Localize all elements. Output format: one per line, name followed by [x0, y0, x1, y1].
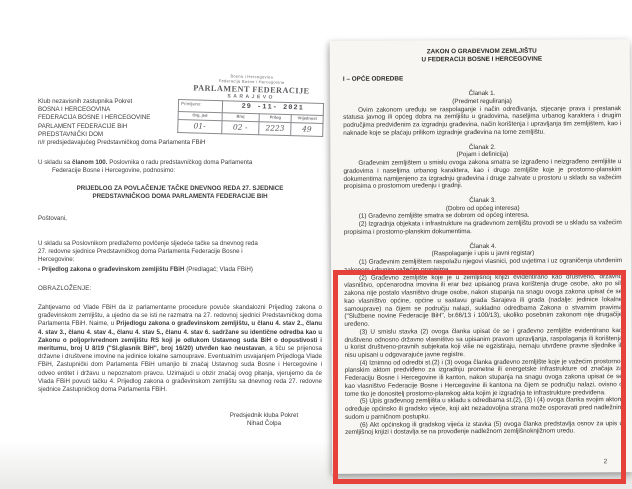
article-1-paragraph: Ovim zakonom uređuju se raspolaganje i n…	[343, 105, 621, 138]
article-2: Članak 2. (Pojam i definicija) Građevnim…	[343, 143, 621, 191]
stamp-value-prilog: 2223	[259, 121, 291, 135]
request-paragraph: U skladu sa Poslovnikom predlažemo povlč…	[38, 240, 268, 265]
law-title: ZAKON O GRAĐEVNOM ZEMLJIŠTU U FEDERACIJI…	[343, 47, 621, 65]
stamp-value-vrijednost: 49	[291, 122, 323, 136]
bullet-rest: (Predlagač; Vlada FBiH)	[184, 266, 252, 273]
intro-line2: Federacije Bosne i Hercegovine, podnosim…	[38, 167, 322, 175]
rationale-label: OBRAZLOŽENJE:	[38, 285, 322, 293]
subject-title: PRIJEDLOG ZA POVLAČENJE TAČKE DNEVNOG RE…	[38, 185, 322, 201]
signature-role: Predsjednik kluba Pokret	[206, 412, 322, 420]
bullet-item: - Prijedlog zakona o građevinskom zemlji…	[38, 266, 322, 274]
received-stamp: Bosna i Hercegovina Federacija Bosne i H…	[177, 73, 325, 137]
red-highlight-box	[333, 270, 626, 484]
stamp-table: Primljeno: 29 -11- 2021 Org. jed Broj Pr…	[177, 99, 324, 136]
sender-line: n/r predsjedavajućeg Predstavničkog doma…	[38, 139, 322, 147]
signature-block: Predsjednik kluba Pokret Nihad Čolpa	[206, 412, 322, 428]
article-1: Članak 1. (Predmet reguliranja) Ovim zak…	[343, 89, 621, 137]
intro-paragraph: U skladu sa članom 100. Poslovnika o rad…	[38, 159, 322, 175]
law-section-heading: I – OPĆE ODREDBE	[343, 75, 621, 84]
intro-text-post: Poslovnika o radu predstavničkog doma Pa…	[107, 159, 252, 166]
stamp-value-org-jed: 01-	[178, 119, 222, 133]
article-3: Članak 3. (Dobro od općeg interesa) (1) …	[344, 196, 622, 236]
law-title-line2: U FEDERACIJI BOSNE I HERCEGOVINE	[343, 55, 621, 65]
stamp-value-broj: 02 -	[221, 120, 259, 134]
signature-name: Nihad Čolpa	[206, 420, 322, 428]
bullet-bold: - Prijedlog zakona o građevinskom zemlji…	[38, 266, 184, 273]
letter-page: Bosna i Hercegovina Federacija Bosne i H…	[38, 76, 322, 428]
intro-text-bold: članom 100.	[72, 159, 107, 166]
article-2-paragraph: Građevnim zemljištem u smislu ovoga zako…	[343, 158, 621, 191]
salutation: Poštovani,	[38, 215, 322, 223]
rationale-paragraph: Zahtjevamo od Vlade FBiH da iz parlament…	[38, 304, 322, 394]
rationale-post: , a tiču se prijenosa državne i društven…	[38, 345, 322, 393]
article-3-paragraph-2: (2) Izgradnja objekata i infrastrukture …	[344, 219, 622, 236]
intro-text-pre: U skladu sa	[38, 159, 72, 166]
